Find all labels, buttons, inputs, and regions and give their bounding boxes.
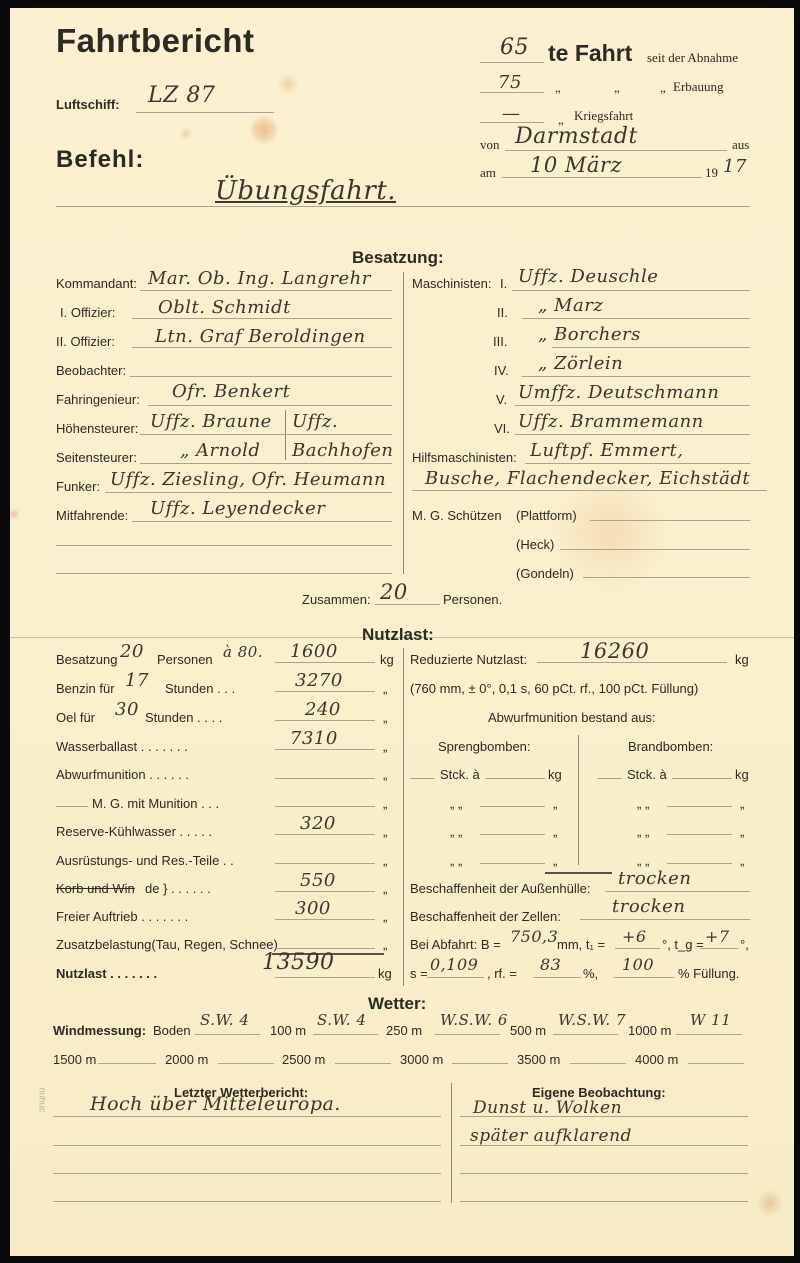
seitensteurer-value-2: Bachhofen [292, 440, 393, 461]
nutzlast-total-label: Nutzlast . . . . . . . [56, 966, 157, 981]
kuehlwasser-weight: 320 [300, 813, 336, 834]
mitfahrende-value: Uffz. Leyendecker [150, 498, 325, 519]
von-value: Darmstadt [515, 124, 638, 149]
von-label: von [480, 137, 500, 153]
zusammen-label: Zusammen: [302, 592, 371, 607]
rf-value: 83 [540, 955, 561, 974]
personen-label: Personen. [443, 592, 502, 607]
hilfsmaschinisten-value-2: Busche, Flachendecker, Eichstädt [425, 468, 750, 489]
s-value: 0,109 [430, 955, 478, 974]
nutzlast-heading: Nutzlast: [362, 625, 434, 645]
beobachtung-line-2: später aufklarend [470, 1126, 632, 1146]
befehl-value: Übungsfahrt. [215, 176, 396, 206]
maschinist-5-value: Umffz. Deutschmann [518, 382, 719, 403]
besatzung-weight: 1600 [290, 641, 338, 662]
luftschiff-label: Luftschiff: [56, 97, 120, 112]
barometer-value: 750,3 [510, 927, 558, 946]
nutzlast-total-value: 13590 [262, 950, 335, 975]
year-prefix: 19 [705, 165, 718, 181]
fahrt-suffix: seit der Abnahme [647, 50, 738, 66]
fahrt-label: te Fahrt [548, 40, 632, 67]
fuellung-value: 100 [622, 955, 654, 974]
t1-value: +6 [622, 927, 647, 946]
oel-weight: 240 [305, 699, 341, 720]
reduzierte-nutzlast-value: 16260 [580, 639, 649, 663]
erbauung-number: 75 [498, 72, 522, 93]
hoehensteurer-value: Uffz. Braune [150, 411, 272, 432]
benzin-weight: 3270 [295, 670, 343, 691]
beobachtung-line-1: Dunst u. Wolken [473, 1098, 622, 1118]
zusammen-value: 20 [380, 580, 408, 604]
am-label: am [480, 165, 496, 181]
kriegsfahrt-value: — [502, 103, 521, 124]
funker-value: Uffz. Ziesling, Ofr. Heumann [110, 469, 386, 490]
kriegsfahrt-label: Kriegsfahrt [574, 108, 633, 124]
wasserballast-weight: 7310 [290, 728, 338, 749]
erbauung-label: Erbauung [673, 79, 724, 95]
wetterbericht-line-1: Hoch über Mitteleuropa. [90, 1093, 341, 1115]
aussenhuelle-value: trocken [618, 868, 691, 889]
aus-label: aus [732, 137, 749, 153]
maschinist-3-value: „ Borchers [538, 324, 641, 345]
kommandant-value: Mar. Ob. Ing. Langrehr [148, 268, 371, 289]
reference-conditions: (760 mm, ± 0°, 0,1 s, 60 pCt. rf., 100 p… [410, 681, 698, 696]
offizier-2-value: Ltn. Graf Beroldingen [155, 326, 366, 347]
tg-value: +7 [705, 927, 730, 946]
page-title: Fahrtbericht [56, 22, 255, 60]
date-value: 10 März [530, 153, 622, 177]
offizier-1-value: Oblt. Schmidt [158, 297, 291, 318]
besatzung-heading: Besatzung: [352, 248, 444, 268]
wetter-heading: Wetter: [368, 994, 426, 1014]
year-suffix: 17 [723, 156, 747, 177]
luftschiff-value: LZ 87 [148, 83, 215, 108]
maschinist-6-value: Uffz. Brammemann [518, 411, 704, 432]
maschinist-1-value: Uffz. Deuschle [518, 266, 658, 287]
margin-stamp: nuhuc [37, 1088, 47, 1113]
maschinist-4-value: „ Zörlein [538, 353, 623, 374]
fahrt-number: 65 [500, 35, 529, 60]
hilfsmaschinisten-value-1: Luftpf. Emmert, [530, 440, 683, 461]
korb-winde-weight: 550 [300, 870, 336, 891]
befehl-label: Befehl: [56, 146, 144, 174]
fahringenieur-value: Ofr. Benkert [172, 381, 290, 402]
freier-auftrieb-weight: 300 [295, 898, 331, 919]
maschinist-2-value: „ Marz [538, 295, 603, 316]
seitensteurer-value: „ Arnold [180, 440, 260, 461]
zellen-value: trocken [612, 896, 685, 917]
hoehensteurer-value-2: Uffz. [292, 411, 338, 432]
